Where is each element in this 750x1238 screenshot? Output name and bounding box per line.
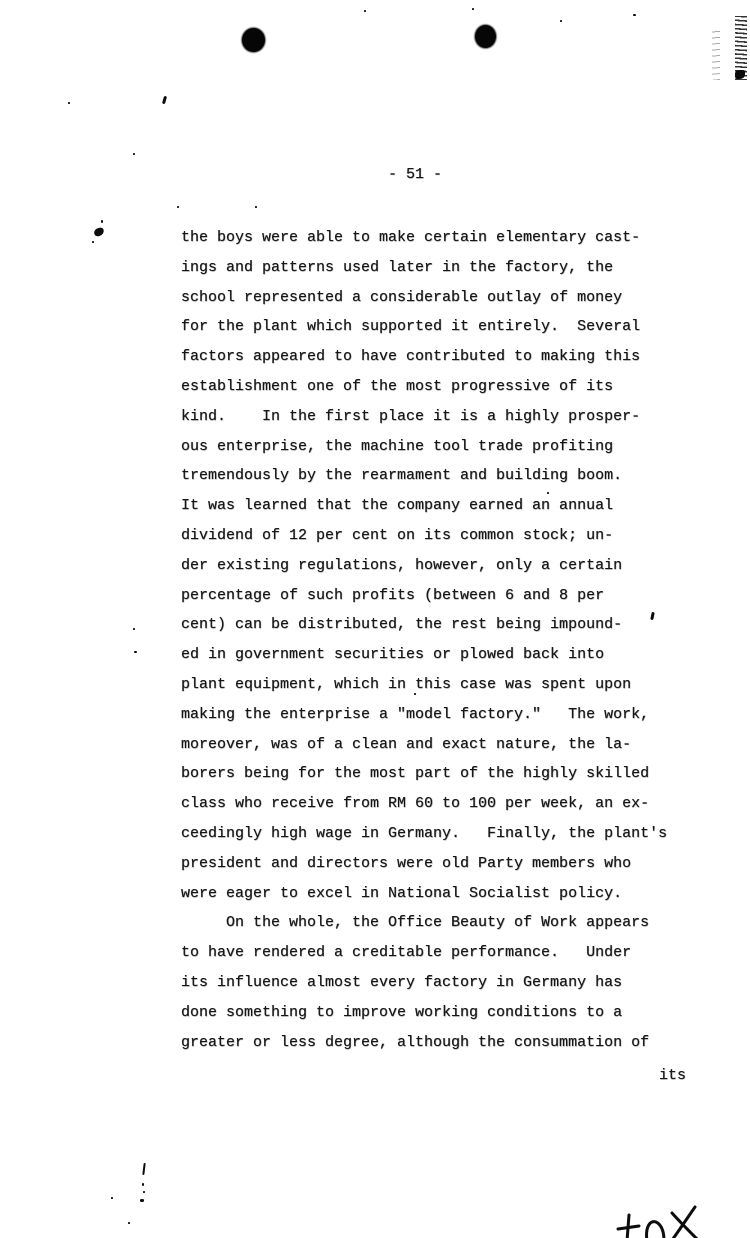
text-line: to have rendered a creditable performanc… [181, 938, 667, 968]
ink-speck [143, 1191, 145, 1193]
ink-speck [255, 206, 257, 208]
text-line: president and directors were old Party m… [181, 849, 667, 879]
text-line: making the enterprise a "model factory."… [181, 700, 667, 730]
text-line: kind. In the first place it is a highly … [181, 402, 667, 432]
text-line: done something to improve working condit… [181, 998, 667, 1028]
hole-punch-icon [242, 28, 265, 52]
ink-speck [140, 1199, 144, 1202]
text-line: school represented a considerable outlay… [181, 283, 667, 313]
text-line: moreover, was of a clean and exact natur… [181, 730, 667, 760]
text-line: plant equipment, which in this case was … [181, 670, 667, 700]
text-line: borers being for the most part of the hi… [181, 759, 667, 789]
ink-speck [68, 102, 70, 104]
text-line: dividend of 12 per cent on its common st… [181, 521, 667, 551]
handwritten-annotation [615, 1205, 715, 1238]
scan-edge-smudge [712, 28, 720, 80]
catchword: its [659, 1061, 686, 1091]
ink-speck [162, 96, 167, 105]
scan-edge-smudge [735, 70, 745, 79]
text-line: ed in government securities or plowed ba… [181, 640, 667, 670]
ink-speck [133, 628, 135, 630]
ink-speck [92, 241, 94, 243]
text-line: factors appeared to have contributed to … [181, 342, 667, 372]
text-line: percentage of such profits (between 6 an… [181, 581, 667, 611]
ink-speck [364, 10, 366, 12]
text-line: der existing regulations, however, only … [181, 551, 667, 581]
document-page: - 51 - the boys were able to make certai… [0, 0, 750, 1238]
ink-speck [111, 1197, 113, 1199]
ink-blot [93, 227, 105, 238]
text-line: It was learned that the company earned a… [181, 491, 667, 521]
page-number: - 51 - [181, 160, 649, 190]
text-line: On the whole, the Office Beauty of Work … [181, 908, 667, 938]
ink-speck [560, 20, 562, 22]
ink-speck [142, 1183, 144, 1186]
ink-speck [633, 14, 636, 16]
handwritten-plus-08-glyph [615, 1205, 715, 1238]
text-line: greater or less degree, although the con… [181, 1028, 667, 1058]
text-line: the boys were able to make certain eleme… [181, 223, 667, 253]
text-line: cent) can be distributed, the rest being… [181, 610, 667, 640]
ink-speck [177, 206, 179, 208]
text-line: ous enterprise, the machine tool trade p… [181, 432, 667, 462]
ink-speck [134, 651, 137, 653]
hole-punch-icon [475, 25, 496, 48]
ink-speck [101, 220, 103, 223]
ink-speck [414, 693, 416, 695]
text-line: were eager to excel in National Socialis… [181, 879, 667, 909]
text-line: ceedingly high wage in Germany. Finally,… [181, 819, 667, 849]
text-line: its influence almost every factory in Ge… [181, 968, 667, 998]
ink-speck [142, 1163, 145, 1175]
ink-speck [547, 492, 549, 494]
text-line: ings and patterns used later in the fact… [181, 253, 667, 283]
text-line: establishment one of the most progressiv… [181, 372, 667, 402]
text-line: class who receive from RM 60 to 100 per … [181, 789, 667, 819]
text-block: the boys were able to make certain eleme… [181, 223, 667, 1057]
ink-speck [133, 153, 135, 155]
ink-speck [472, 8, 474, 10]
text-line: tremendously by the rearmament and build… [181, 461, 667, 491]
text-line: for the plant which supported it entirel… [181, 312, 667, 342]
ink-speck [128, 1222, 130, 1224]
